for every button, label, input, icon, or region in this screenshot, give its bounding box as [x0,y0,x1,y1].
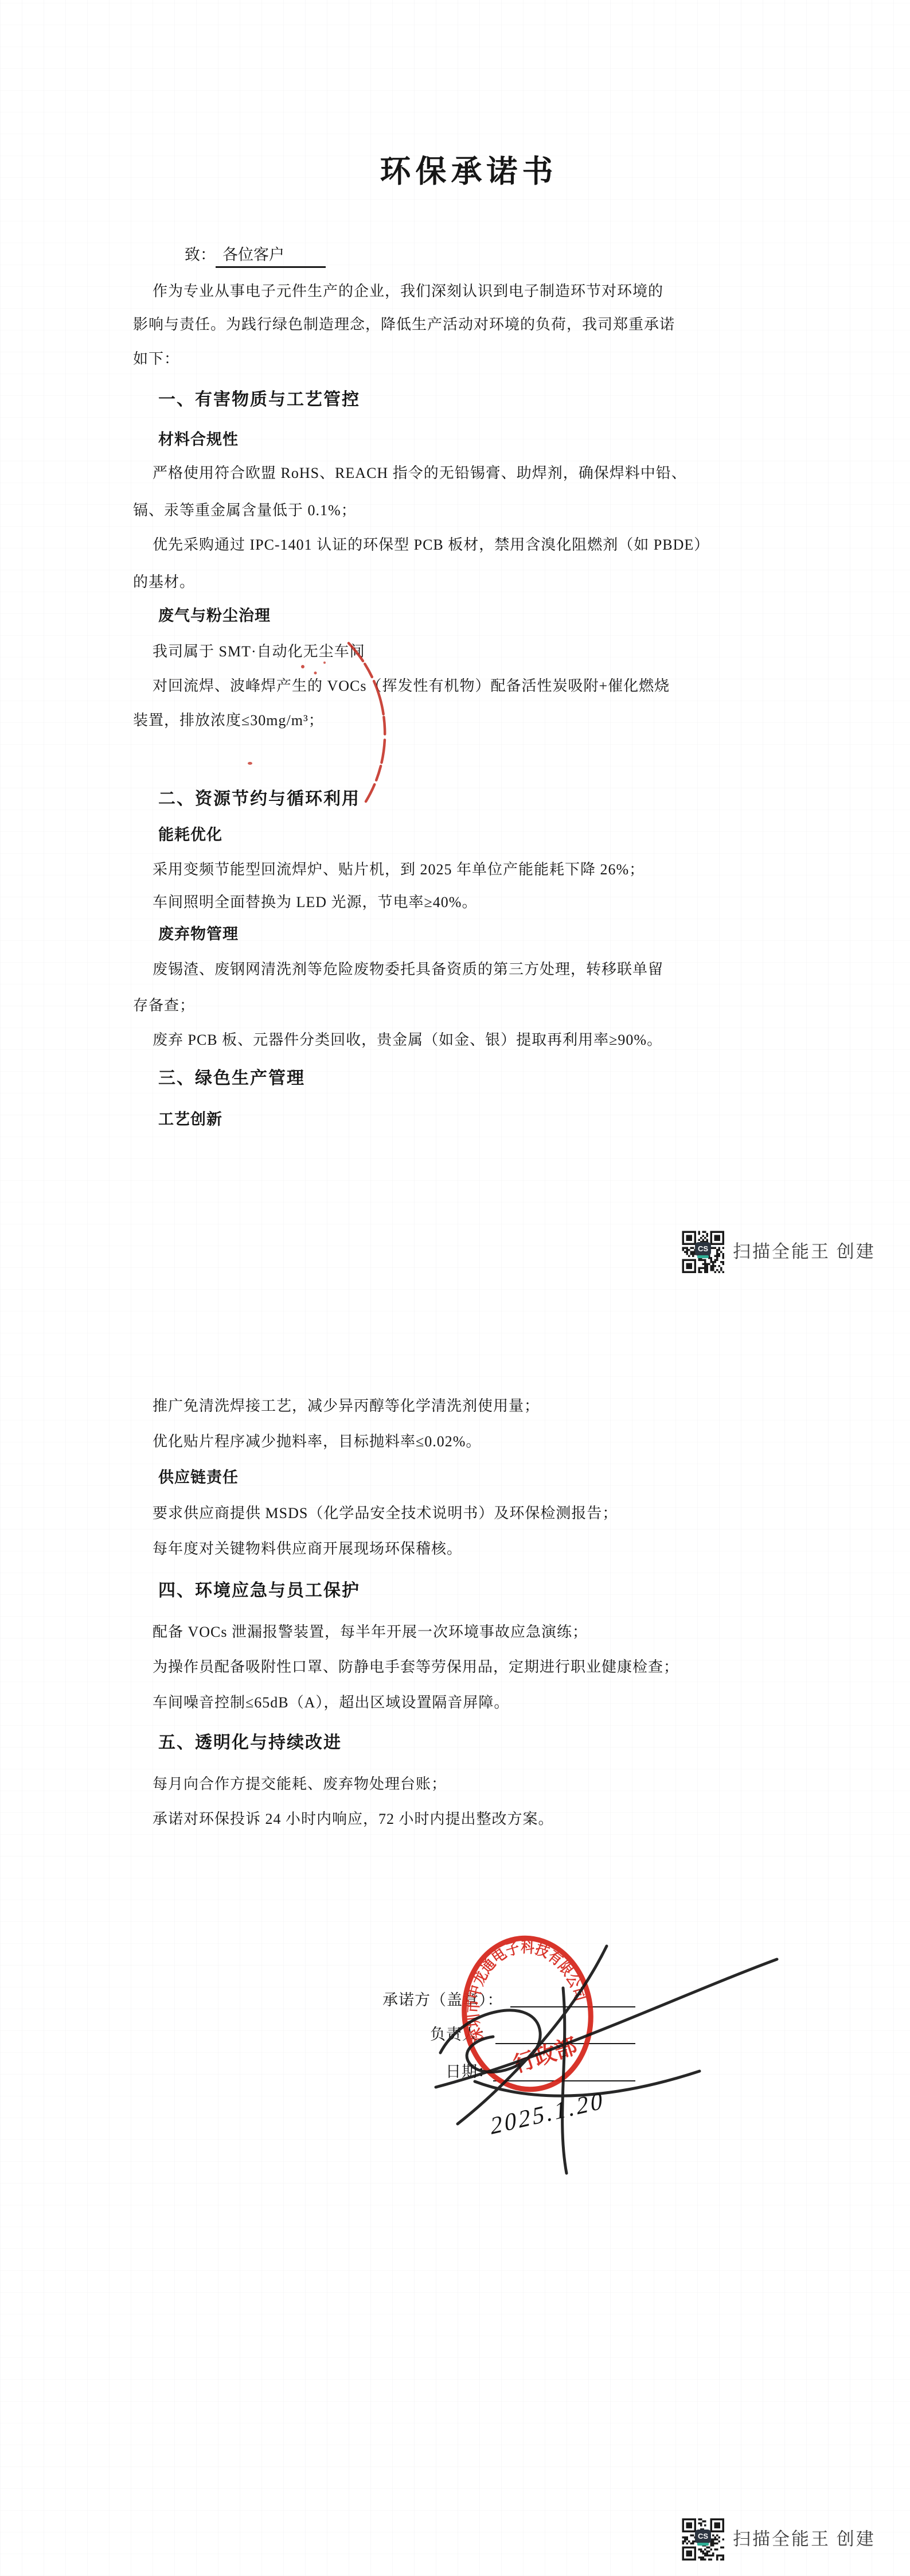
sub-heading: 废气与粉尘治理 [158,603,271,625]
watermark-text: 扫描全能王 创建 [733,1230,876,1274]
doc-line: 车间照明全面替换为 LED 光源，节电率≥40%。 [153,890,477,912]
camscanner-watermark: CS 扫描全能王 创建 [681,2517,910,2561]
cs-logo-underline [697,1255,709,1258]
cs-logo-icon: CS [695,1242,711,1256]
camscanner-logo-badge: CS [695,2530,711,2547]
doc-line: 严格使用符合欧盟 RoHS、REACH 指令的无铅锡膏、助焊剂，确保焊料中铅、 [153,461,687,482]
section-heading: 一、有害物质与工艺管控 [158,385,360,410]
handwritten-signature: 2025.1.20 [401,1933,814,2197]
red-pen-arc-annotation [298,640,401,812]
doc-line: 存备查； [133,994,195,1015]
scanned-document-page: 环保承诺书 致：各位客户 作为专业从事电子元件生产的企业，我们深刻认识到电子制造… [0,0,910,2576]
camscanner-watermark: CS 扫描全能王 创建 [681,1230,910,1274]
doc-line: 废弃 PCB 板、元器件分类回收，贵金属（如金、银）提取再利用率≥90%。 [153,1028,662,1049]
sub-heading: 工艺创新 [158,1107,222,1129]
doc-line: 影响与责任。为践行绿色制造理念，降低生产活动对环境的负荷，我司郑重承诺 [133,313,675,334]
doc-line: 承诺对环保投诉 24 小时内响应，72 小时内提出整改方案。 [153,1807,554,1828]
red-ink-speck [301,665,304,668]
cs-logo-underline [697,2543,709,2546]
doc-line: 作为专业从事电子元件生产的企业，我们深刻认识到电子制造环节对环境的 [153,279,663,301]
red-ink-speck [248,762,252,765]
doc-line: 的基材。 [133,570,195,592]
doc-line: 优先采购通过 IPC-1401 认证的环保型 PCB 板材，禁用含溴化阻燃剂（如… [153,533,709,554]
doc-line: 如下： [133,347,179,368]
doc-line: 装置，排放浓度≤30mg/m³； [133,709,324,730]
doc-line: 镉、汞等重金属含量低于 0.1%； [133,499,357,520]
camscanner-logo-badge: CS [695,1242,711,1259]
watermark-text: 扫描全能王 创建 [733,2517,876,2561]
red-ink-speck [323,661,326,664]
sub-heading: 能耗优化 [158,822,222,845]
doc-line: 配备 VOCs 泄漏报警装置，每半年开展一次环境事故应急演练； [153,1620,588,1641]
cs-logo-icon: CS [695,2530,711,2543]
doc-line: 优化贴片程序减少抛料率，目标抛料率≤0.02%。 [153,1430,481,1451]
red-ink-speck [314,672,317,675]
page-title: 环保承诺书 [14,147,910,191]
doc-line: 推广免清洗焊接工艺，减少异丙醇等化学清洗剂使用量； [153,1394,540,1415]
sub-heading: 供应链责任 [158,1465,239,1487]
doc-line: 对回流焊、波峰焊产生的 VOCs（挥发性有机物）配备活性炭吸附+催化燃烧 [153,674,670,695]
section-heading: 三、绿色生产管理 [158,1064,305,1089]
doc-line: 为操作员配备吸附性口罩、防静电手套等劳保用品，定期进行职业健康检查； [153,1655,679,1676]
section-heading: 五、透明化与持续改进 [158,1728,342,1753]
signature-stroke [436,1959,777,2087]
doc-line: 要求供应商提供 MSDS（化学品安全技术说明书）及环保检测报告； [153,1501,618,1523]
doc-line: 采用变频节能型回流焊炉、贴片机，到 2025 年单位产能能耗下降 26%； [153,858,645,879]
doc-line: 每月向合作方提交能耗、废弃物处理台账； [153,1772,447,1793]
doc-line: 废锡渣、废钢网清洗剂等危险废物委托具备资质的第三方处理，转移联单留 [153,958,663,979]
salutation-recipient: 各位客户 [216,246,326,268]
salutation-label: 致： [185,246,216,263]
salutation-line: 致：各位客户 [185,242,326,264]
sub-heading: 材料合规性 [158,427,239,449]
doc-line: 车间噪音控制≤65dB（A），超出区域设置隔音屏障。 [153,1691,509,1712]
red-arc-stroke [349,643,385,801]
sub-heading: 废弃物管理 [158,921,239,944]
doc-line: 每年度对关键物料供应商开展现场环保稽核。 [153,1537,462,1558]
section-heading: 四、环境应急与员工保护 [158,1576,360,1601]
